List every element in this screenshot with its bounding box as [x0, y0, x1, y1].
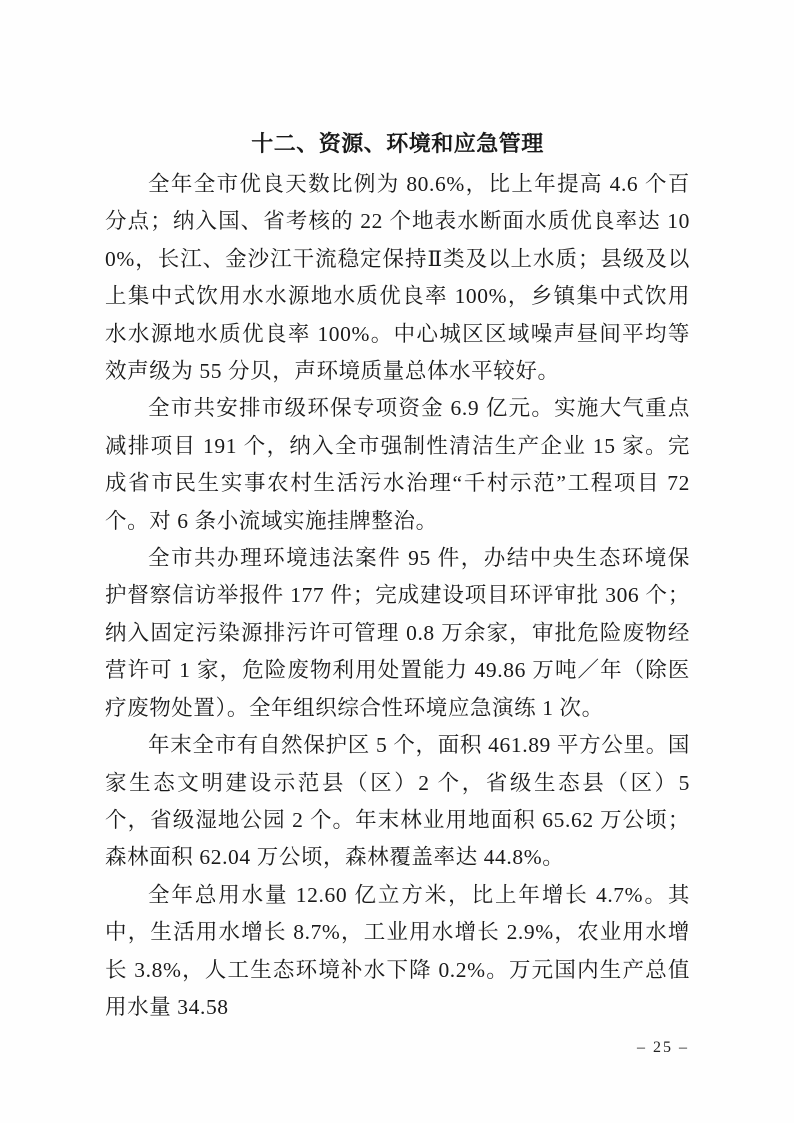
paragraph-nature-reserves-forest: 年末全市有自然保护区 5 个，面积 461.89 平方公里。国家生态文明建设示范…	[105, 727, 690, 877]
page-footer: – 25 –	[637, 1039, 689, 1057]
page-number: – 25 –	[637, 1039, 689, 1056]
paragraph-environmental-funding: 全市共安排市级环保专项资金 6.9 亿元。实施大气重点减排项目 191 个，纳入…	[105, 390, 690, 540]
document-content: 十二、资源、环境和应急管理 全年全市优良天数比例为 80.6%，比上年提高 4.…	[105, 129, 690, 1026]
section-title: 十二、资源、环境和应急管理	[105, 129, 690, 159]
paragraph-environmental-cases: 全市共办理环境违法案件 95 件，办结中央生态环境保护督察信访举报件 177 件…	[105, 540, 690, 727]
document-page: 十二、资源、环境和应急管理 全年全市优良天数比例为 80.6%，比上年提高 4.…	[0, 0, 794, 1123]
paragraph-air-water-quality: 全年全市优良天数比例为 80.6%，比上年提高 4.6 个百分点；纳入国、省考核…	[105, 166, 690, 390]
document-body: 全年全市优良天数比例为 80.6%，比上年提高 4.6 个百分点；纳入国、省考核…	[105, 166, 690, 1026]
paragraph-water-usage: 全年总用水量 12.60 亿立方米，比上年增长 4.7%。其中，生活用水增长 8…	[105, 877, 690, 1027]
